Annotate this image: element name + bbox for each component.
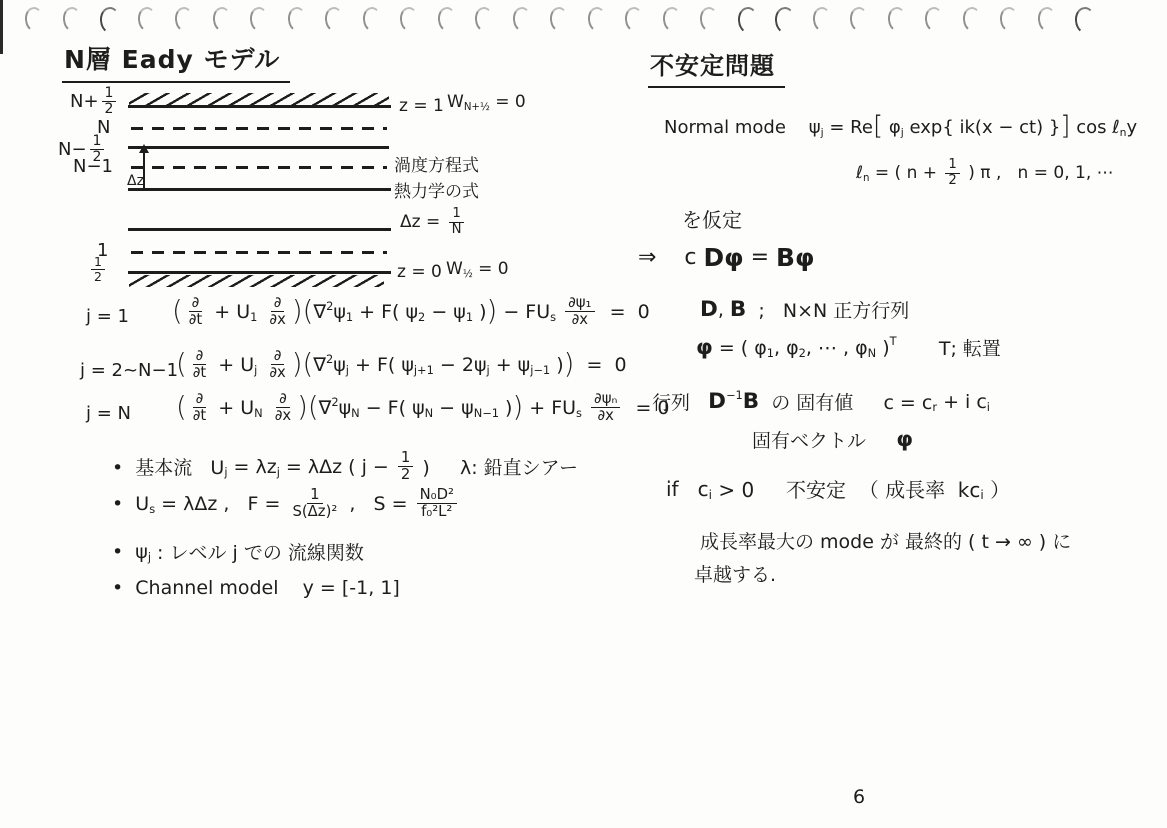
fraction: ∂∂x (266, 295, 288, 329)
eq-token: ∇ (313, 301, 326, 323)
eq-token: 1 (767, 346, 774, 360)
bullet-channel-model: • Channel model y = [-1, 1] (112, 577, 400, 599)
binding-mark (886, 6, 908, 33)
eq-token: , S = (343, 493, 413, 515)
eq-token (582, 397, 588, 419)
eq-token: j (224, 465, 227, 479)
equation-jN: (∂∂t + UN ∂∂x)(∇2ψN − F( ψN − ψN−1 )) + … (176, 391, 670, 425)
eq-token: ] (1060, 111, 1070, 141)
eq-token: ) (487, 295, 498, 327)
eq-token: = (744, 245, 776, 270)
eq-token: • ψ (112, 541, 148, 563)
binding-mark (736, 6, 760, 35)
right-title: 不安定問題 (648, 46, 785, 88)
eq-token (556, 301, 562, 323)
fraction-numerator: ∂ψ₁ (565, 295, 594, 312)
eq-token: j (346, 363, 349, 377)
eq-token: s (576, 406, 582, 420)
equation-j2: (∂∂t + Uj ∂∂x)(∇2ψj + F( ψj+1 − 2ψj + ψj… (176, 348, 627, 382)
eq-token: −1 (726, 388, 743, 402)
eq-token: i (987, 400, 990, 414)
eq-token: N (351, 406, 360, 420)
eigenvalue-line: 行列 D−1B の 固有値 c = cr + i ci (652, 388, 990, 415)
eq-token: , (718, 299, 730, 321)
eq-token: D (700, 297, 718, 322)
eigenvector-line: 固有ベクトル φ (752, 426, 913, 453)
instability-condition: if ci > 0 不安定 （ 成長率 kci ） (666, 474, 1010, 503)
eq-token: ∇ (319, 397, 332, 419)
eq-token: ) (876, 337, 889, 359)
binding-mark (474, 6, 496, 33)
fraction-denominator: 2 (945, 174, 959, 189)
eq-token: + U (212, 397, 254, 419)
binding-mark (174, 6, 196, 33)
eq-token: j (148, 550, 151, 564)
binding-mark (361, 6, 383, 33)
fraction-numerator: 1 (90, 134, 105, 150)
fraction-denominator: ∂t (190, 365, 209, 381)
eq-token: ℓ (856, 163, 863, 183)
binding-mark (98, 6, 122, 35)
equation-jN-label: j = N (86, 403, 131, 424)
eq-token: Dφ (704, 243, 744, 272)
eq-token: j (821, 126, 824, 139)
binding-mark (999, 6, 1021, 33)
level-label-half: 12 (88, 255, 108, 283)
fraction: ∂∂x (266, 348, 288, 382)
eq-token: j−1 (530, 363, 550, 377)
fraction: 12 (91, 255, 105, 283)
eq-token: ( (176, 348, 187, 380)
eq-token: y (1126, 117, 1137, 138)
fraction-numerator: ∂ψₙ (591, 391, 620, 408)
eq-token: = λΔz ( j − (280, 456, 395, 478)
eq-token: T; 転置 (897, 334, 1001, 361)
eq-token: N+ (70, 91, 99, 112)
eq-token: j (254, 363, 257, 377)
eq-token (257, 301, 263, 323)
eq-token: ψ (333, 301, 346, 323)
binding-strip (0, 4, 1167, 36)
binding-mark (811, 6, 833, 33)
page-number: 6 (853, 786, 865, 808)
eq-token: ） (984, 474, 1010, 503)
eq-token: N (868, 346, 877, 360)
eq-token: n (1120, 126, 1127, 139)
matrix-note: D, B ; N×N 正方行列 (700, 296, 909, 323)
fraction: N₀D²f₀²L² (417, 487, 457, 521)
fraction-numerator: ∂ (271, 348, 285, 365)
dashed-line-N (131, 127, 387, 130)
eq-token: 2 (326, 299, 333, 313)
eq-token: ) (499, 397, 512, 419)
binding-mark (661, 6, 683, 33)
bullet-streamfunction: • ψj : レベル j での 流線関数 (112, 538, 364, 565)
binding-mark (399, 6, 421, 33)
eq-token: ( (172, 295, 183, 327)
eq-token: 1 (250, 310, 257, 324)
eq-token: , ⋯ , φ (806, 337, 868, 359)
eq-token: D (708, 389, 726, 414)
binding-mark (1036, 6, 1058, 33)
eq-token: − ψ (425, 301, 466, 323)
fraction: 12 (398, 450, 413, 484)
eq-token: )( (292, 295, 314, 327)
fraction-numerator: ∂ (271, 295, 285, 312)
eq-token: + F( ψ (349, 354, 414, 376)
thermo-eq-label: 熱力学の式 (394, 177, 479, 202)
fraction: 12 (945, 158, 959, 188)
eq-token (257, 354, 263, 376)
matrix-equation: ⇒ c Dφ = Bφ (638, 243, 814, 272)
eq-token: + U (212, 354, 254, 376)
eq-token: ∇ (313, 354, 326, 376)
fraction-denominator: 2 (91, 270, 105, 284)
fraction-denominator: ∂x (272, 408, 294, 424)
binding-mark (961, 6, 983, 33)
fraction-numerator: ∂ (276, 391, 290, 408)
fraction-numerator: ∂ (193, 391, 207, 408)
eq-token: j (277, 465, 280, 479)
growth-note-1: 成長率最大の mode が 最終的 ( t → ∞ ) に (700, 527, 1071, 554)
eq-token: N+½ (464, 102, 490, 113)
eq-token: T (890, 334, 897, 348)
eq-token: ; N×N 正方行列 (746, 296, 909, 323)
eq-token: r (932, 400, 937, 414)
fraction: ∂ψ₁∂x (565, 295, 594, 329)
eq-token: ( (176, 391, 187, 423)
eq-token: ) π , n = 0, 1, ⋯ (963, 163, 1114, 183)
fraction-denominator: 2 (398, 467, 413, 483)
w-top-label: WN+½ = 0 (447, 92, 526, 112)
eq-token: = 0 (598, 301, 650, 323)
eq-token: n (863, 173, 869, 184)
fraction: ∂∂x (272, 391, 294, 425)
binding-mark (249, 6, 271, 33)
eq-token: 1 (346, 310, 353, 324)
eq-token: )( (292, 348, 314, 380)
eq-token: − FU (497, 301, 550, 323)
eq-token: i (709, 488, 712, 502)
fraction-denominator: ∂x (594, 408, 616, 424)
growth-note-2: 卓越する. (694, 560, 776, 587)
eq-token: 2 (418, 310, 425, 324)
eq-token: = λΔz , F = (155, 493, 286, 515)
eq-token: = 0 (473, 259, 509, 279)
fraction-numerator: 1 (91, 255, 105, 270)
fraction: 1N (449, 207, 465, 237)
eq-token: − F( ψ (360, 397, 425, 419)
eq-token: B (743, 389, 759, 414)
fraction: 12 (102, 86, 117, 118)
eq-token: , φ (774, 337, 799, 359)
normal-mode-line: Normal mode ψj = Re[ φj exp{ ik(x − ct) … (664, 112, 1137, 142)
eq-token: ) (473, 301, 486, 323)
eq-token: [ (873, 111, 883, 141)
eq-token: exp{ ik(x − ct) } (904, 117, 1061, 138)
fraction: ∂∂t (190, 391, 209, 425)
dashed-line-1 (131, 251, 387, 254)
eq-token: − 2ψ (434, 354, 487, 376)
vorticity-eq-label: 渦度方程式 (394, 151, 479, 176)
eq-token: i (980, 488, 983, 502)
fraction-numerator: ∂ (189, 295, 203, 312)
eq-token: の 固有値 c = c (759, 388, 932, 415)
eq-token: • Channel model y = [-1, 1] (112, 577, 400, 599)
eq-token: φ (883, 117, 901, 138)
fraction: 1S(Δz)² (289, 487, 340, 521)
eq-token: 1 (466, 310, 473, 324)
eq-token: Normal mode ψ (664, 117, 821, 138)
fraction-denominator: ∂t (190, 408, 209, 424)
eq-token: W (446, 259, 463, 279)
fraction-denominator: ∂x (569, 312, 591, 328)
eq-token: + i c (937, 391, 987, 413)
eq-token: : レベル j での 流線関数 (151, 538, 364, 565)
eq-token: Bφ (776, 243, 814, 272)
solid-line-mid (128, 228, 391, 231)
binding-mark (286, 6, 308, 33)
fraction-numerator: N₀D² (417, 487, 457, 504)
dashed-line-N-1 (131, 166, 387, 169)
eq-token: = Re (824, 117, 873, 138)
boundary-bottom-line (128, 271, 391, 274)
equation-j2-label: j = 2~N−1 (80, 360, 178, 381)
level-label-top: N+12 (70, 86, 119, 118)
equation-j1-label: j = 1 (86, 306, 129, 327)
left-title: N層 Eady モデル (62, 40, 290, 83)
eq-token: 行列 (652, 388, 708, 415)
eq-token: + FU (523, 397, 576, 419)
binding-mark (211, 6, 233, 33)
delta-z-definition: Δz = 1N (400, 207, 468, 237)
fraction-numerator: 1 (945, 158, 959, 174)
eq-token: = ( φ (713, 337, 767, 359)
boundary-top-line (128, 105, 391, 108)
binding-mark (511, 6, 533, 33)
eq-token: • 基本流 U (112, 453, 224, 480)
eq-token: + ψ (490, 354, 531, 376)
solid-line-N-half (128, 146, 389, 149)
eq-token: = 0 (574, 354, 626, 376)
eq-token: ) λ: 鉛直シアー (416, 453, 578, 480)
fraction: ∂∂t (190, 348, 209, 382)
fraction-numerator: 1 (307, 487, 322, 504)
fraction-denominator: ∂t (186, 312, 205, 328)
eq-token: 2 (799, 346, 806, 360)
fraction-numerator: 1 (398, 450, 413, 467)
binding-mark (1073, 6, 1097, 35)
eq-token: = λz (227, 456, 276, 478)
phi-vector-line: φ = ( φ1, φ2, ⋯ , φN )T T; 転置 (696, 334, 1001, 361)
binding-mark (549, 6, 571, 33)
eq-token: ) (550, 354, 563, 376)
fraction-denominator: N (449, 223, 465, 238)
binding-mark (136, 6, 158, 33)
eq-token: cos ℓ (1070, 117, 1119, 138)
boundary-top-hatch (129, 93, 389, 105)
eq-token: W (447, 92, 464, 112)
eq-token: ) (564, 348, 575, 380)
delta-z-arrow-label: Δz (127, 173, 144, 189)
eq-token: > 0 不安定 （ 成長率 kc (712, 474, 980, 503)
eq-token: + U (208, 301, 250, 323)
eq-token: s (149, 502, 155, 516)
eq-token: s (550, 310, 556, 324)
binding-mark (24, 6, 46, 33)
fraction-numerator: 1 (102, 86, 117, 102)
fraction-denominator: ∂x (266, 312, 288, 328)
binding-mark (849, 6, 871, 33)
fraction-denominator: 2 (102, 102, 117, 117)
binding-mark (324, 6, 346, 33)
binding-mark (624, 6, 646, 33)
fraction: ∂∂t (186, 295, 205, 329)
notebook-page: N層 Eady モデル N+12 z = 1 WN+½ = 0 N N−12 N… (0, 0, 1167, 828)
eq-token: j (486, 363, 489, 377)
bullet-parameters: • Us = λΔz , F = 1S(Δz)² , S = N₀D²f₀²L² (112, 487, 460, 521)
eq-token: φ (696, 335, 713, 360)
eq-token: )( (297, 391, 319, 423)
eq-token: if c (666, 477, 709, 501)
eq-token: B (730, 297, 746, 322)
binding-mark (924, 6, 946, 33)
eq-token: 固有ベクトル (752, 426, 896, 453)
eq-token: 2 (326, 352, 333, 366)
eq-token: φ (896, 427, 913, 452)
eq-token: = ( n + (870, 163, 943, 183)
assume-line: を仮定 (682, 204, 742, 233)
eq-token: ⇒ c (638, 245, 704, 270)
eq-token: − ψ (433, 397, 474, 419)
eq-token: N (425, 406, 434, 420)
eq-token (263, 397, 269, 419)
z-bottom-label: z = 0 (397, 262, 442, 282)
eq-token: = 0 (490, 92, 526, 112)
eq-token: j+1 (414, 363, 434, 377)
fraction-numerator: ∂ (193, 348, 207, 365)
eq-token: ½ (463, 269, 473, 280)
equation-j1: (∂∂t + U1 ∂∂x)(∇2ψ1 + F( ψ2 − ψ1 )) − FU… (172, 295, 650, 329)
ln-definition: ℓn = ( n + 12 ) π , n = 0, 1, ⋯ (856, 158, 1114, 188)
eq-token: • U (112, 493, 149, 515)
eq-token: N−1 (474, 406, 499, 420)
eq-token: ψ (333, 354, 346, 376)
binding-mark (586, 6, 608, 33)
scan-edge-artifact (0, 0, 3, 54)
level-label-N-1: N−1 (73, 156, 113, 177)
eq-token: + F( ψ (353, 301, 418, 323)
eq-token: j (901, 126, 904, 139)
bullet-basic-flow: • 基本流 Uj = λzj = λΔz ( j − 12 ) λ: 鉛直シアー (112, 450, 578, 484)
eq-token: ψ (339, 397, 352, 419)
eq-token: Δz = (400, 212, 446, 232)
fraction-denominator: f₀²L² (418, 504, 455, 520)
eq-token: ) (512, 391, 523, 423)
binding-mark (773, 6, 797, 35)
z-top-label: z = 1 (399, 96, 444, 116)
fraction: ∂ψₙ∂x (591, 391, 620, 425)
fraction-denominator: S(Δz)² (289, 504, 340, 520)
fraction-denominator: ∂x (266, 365, 288, 381)
w-bottom-label: W½ = 0 (446, 259, 509, 279)
binding-mark (699, 6, 721, 33)
boundary-bottom-hatch (129, 275, 384, 287)
fraction-numerator: 1 (449, 207, 463, 223)
eq-token: N (254, 406, 263, 420)
solid-line-thermo (128, 188, 391, 191)
eq-token: 2 (331, 395, 338, 409)
binding-mark (61, 6, 83, 33)
binding-mark (436, 6, 458, 33)
